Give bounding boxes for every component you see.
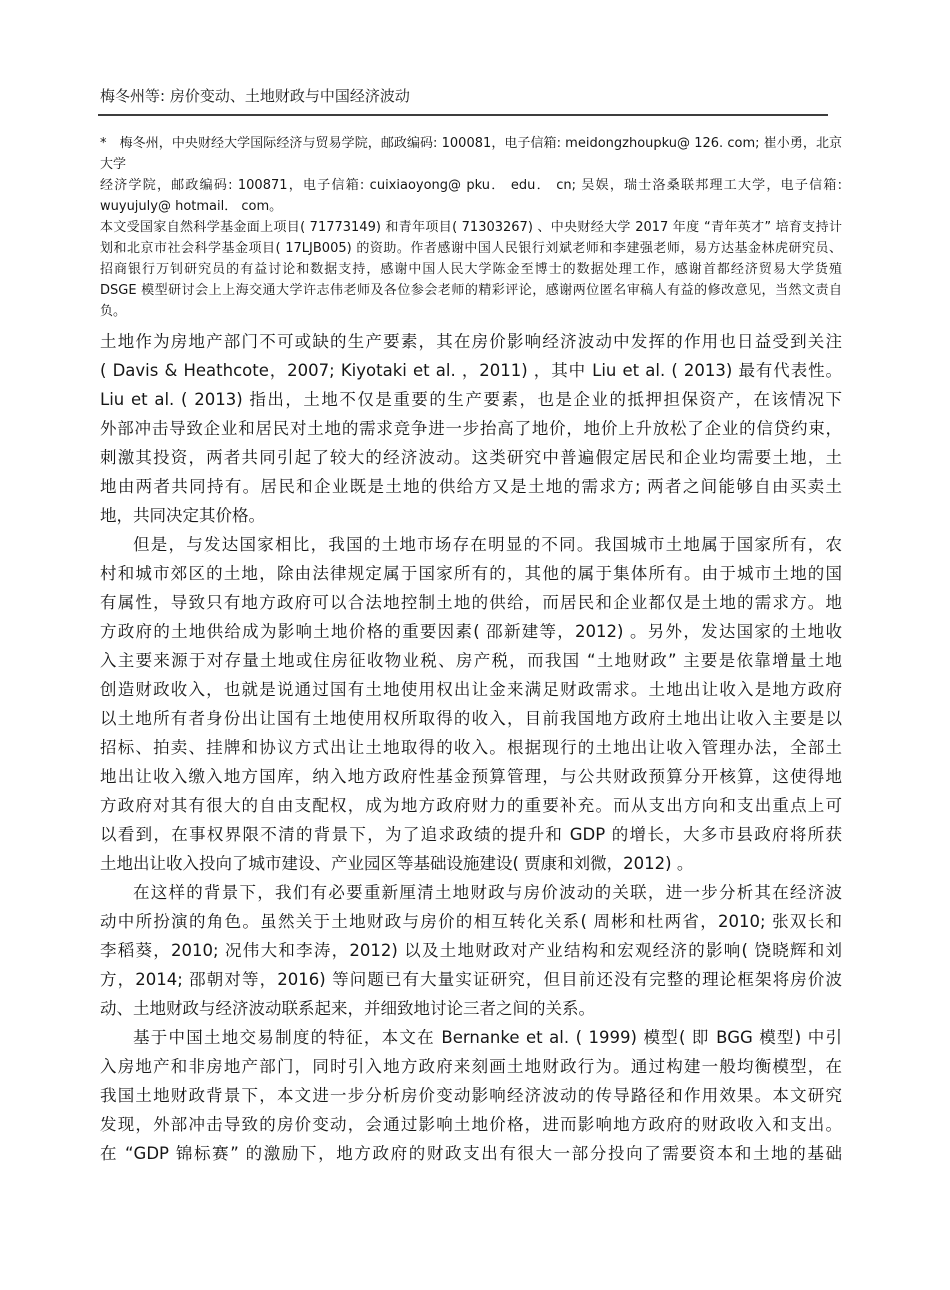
text-line: 动中所扮演的角色。虽然关于土地财政与房价的相互转化关系( 周彬和杜两省，2010… bbox=[100, 907, 842, 936]
text-line: 但是，与发达国家相比，我国的土地市场存在明显的不同。我国城市土地属于国家所有，农 bbox=[100, 530, 842, 559]
footnote-line: 划和北京市社会科学基金项目( 17LJB005) 的资助。作者感谢中国人民银行刘… bbox=[100, 238, 842, 259]
text-line: ( Davis & Heathcote，2007; Kiyotaki et al… bbox=[100, 356, 842, 385]
text-line: 村和城市郊区的土地，除由法律规定属于国家所有的，其他的属于集体所有。由于城市土地… bbox=[100, 559, 842, 588]
footnote-line: wuyujuly@ hotmail． com。 bbox=[100, 196, 842, 217]
text-line: 方政府的土地供给成为影响土地价格的重要因素( 邵新建等，2012) 。另外，发达… bbox=[100, 617, 842, 646]
footnote-block: * 梅冬州，中央财经大学国际经济与贸易学院，邮政编码: 100081，电子信箱:… bbox=[100, 133, 842, 322]
text-line: 地，共同决定其价格。 bbox=[100, 501, 842, 530]
text-line: 入房地产和非房地产部门，同时引入地方政府来刻画土地财政行为。通过构建一般均衡模型… bbox=[100, 1052, 842, 1081]
text-line: Liu et al. ( 2013) 指出，土地不仅是重要的生产要素，也是企业的… bbox=[100, 385, 842, 414]
footnote-line: 本文受国家自然科学基金面上项目( 71773149) 和青年项目( 713032… bbox=[100, 217, 842, 238]
paragraph-2: 但是，与发达国家相比，我国的土地市场存在明显的不同。我国城市土地属于国家所有，农… bbox=[100, 530, 842, 878]
text-line: 发现，外部冲击导致的房价变动，会通过影响土地价格，进而影响地方政府的财政收入和支… bbox=[100, 1110, 842, 1139]
paragraph-1: 土地作为房地产部门不可或缺的生产要素，其在房价影响经济波动中发挥的作用也日益受到… bbox=[100, 327, 842, 530]
text-line: 在 “GDP 锦标赛” 的激励下，地方政府的财政支出有很大一部分投向了需要资本和… bbox=[100, 1139, 842, 1168]
footnote-line: 招商银行万钊研究员的有益讨论和数据支持，感谢中国人民大学陈金至博士的数据处理工作… bbox=[100, 259, 842, 280]
text-line: 我国土地财政背景下，本文进一步分析房价变动影响经济波动的传导路径和作用效果。本文… bbox=[100, 1081, 842, 1110]
text-line: 在这样的背景下，我们有必要重新厘清土地财政与房价波动的关联，进一步分析其在经济波 bbox=[100, 878, 842, 907]
running-header: 梅冬州等: 房价变动、土地财政与中国经济波动 bbox=[100, 86, 410, 106]
paragraph-4: 基于中国土地交易制度的特征，本文在 Bernanke et al. ( 1999… bbox=[100, 1023, 842, 1168]
footnote-line: * 梅冬州，中央财经大学国际经济与贸易学院，邮政编码: 100081，电子信箱:… bbox=[100, 133, 842, 154]
text-line: 有属性，导致只有地方政府可以合法地控制土地的供给，而居民和企业都仅是土地的需求方… bbox=[100, 588, 842, 617]
text-line: 方，2014; 邵朝对等，2016) 等问题已有大量实证研究，但目前还没有完整的… bbox=[100, 965, 842, 994]
text-line: 基于中国土地交易制度的特征，本文在 Bernanke et al. ( 1999… bbox=[100, 1023, 842, 1052]
text-line: 动、土地财政与经济波动联系起来，并细致地讨论三者之间的关系。 bbox=[100, 994, 842, 1023]
text-line: 李稻葵，2010; 况伟大和李涛，2012) 以及土地财政对产业结构和宏观经济的… bbox=[100, 936, 842, 965]
text-line: 土地作为房地产部门不可或缺的生产要素，其在房价影响经济波动中发挥的作用也日益受到… bbox=[100, 327, 842, 356]
body-text: 土地作为房地产部门不可或缺的生产要素，其在房价影响经济波动中发挥的作用也日益受到… bbox=[100, 327, 842, 1168]
text-line: 刺激其投资，两者共同引起了较大的经济波动。这类研究中普遍假定居民和企业均需要土地… bbox=[100, 443, 842, 472]
text-line: 外部冲击导致企业和居民对土地的需求竞争进一步抬高了地价，地价上升放松了企业的信贷… bbox=[100, 414, 842, 443]
document-page: 梅冬州等: 房价变动、土地财政与中国经济波动 * 梅冬州，中央财经大学国际经济与… bbox=[0, 0, 950, 1290]
footnote-line: 负。 bbox=[100, 301, 842, 322]
text-line: 地出让收入缴入地方国库，纳入地方政府性基金预算管理，与公共财政预算分开核算，这使… bbox=[100, 762, 842, 791]
footnote-line: DSGE 模型研讨会上上海交通大学许志伟老师及各位参会老师的精彩评论，感谢两位匿… bbox=[100, 280, 842, 301]
text-line: 地由两者共同持有。居民和企业既是土地的供给方又是土地的需求方; 两者之间能够自由… bbox=[100, 472, 842, 501]
text-line: 入主要来源于对存量土地或住房征收物业税、房产税，而我国 “土地财政” 主要是依靠… bbox=[100, 646, 842, 675]
text-line: 招标、拍卖、挂牌和协议方式出让土地取得的收入。根据现行的土地出让收入管理办法，全… bbox=[100, 733, 842, 762]
text-line: 创造财政收入，也就是说通过国有土地使用权出让金来满足财政需求。土地出让收入是地方… bbox=[100, 675, 842, 704]
text-line: 土地出让收入投向了城市建设、产业园区等基础设施建设( 贾康和刘微，2012) 。 bbox=[100, 849, 842, 878]
paragraph-3: 在这样的背景下，我们有必要重新厘清土地财政与房价波动的关联，进一步分析其在经济波… bbox=[100, 878, 842, 1023]
footnote-line: 经济学院，邮政编码: 100871，电子信箱: cuixiaoyong@ pku… bbox=[100, 175, 842, 196]
text-line: 方政府对其有很大的自由支配权，成为地方政府财力的重要补充。而从支出方向和支出重点… bbox=[100, 791, 842, 820]
footnote-line: 大学 bbox=[100, 154, 842, 175]
text-line: 以看到，在事权界限不清的背景下，为了追求政绩的提升和 GDP 的增长，大多市县政… bbox=[100, 820, 842, 849]
text-line: 以土地所有者身份出让国有土地使用权所取得的收入，目前我国地方政府土地出让收入主要… bbox=[100, 704, 842, 733]
footnote-separator-rule bbox=[98, 114, 828, 116]
